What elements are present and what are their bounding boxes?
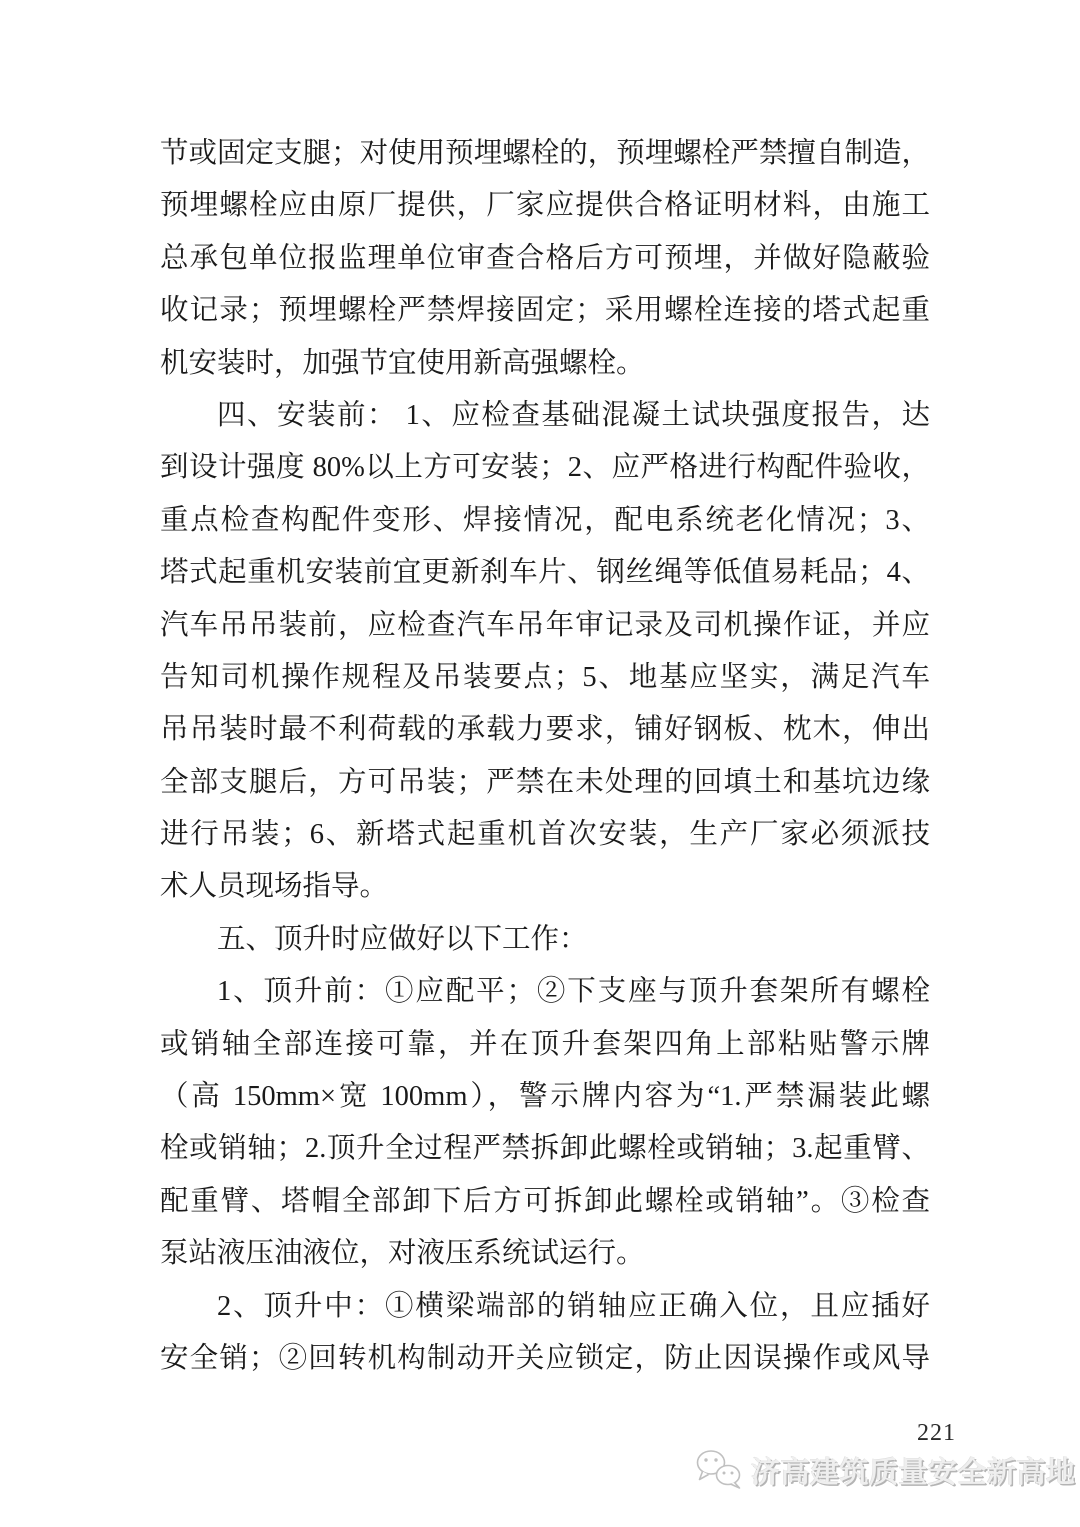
text-line: 汽车吊吊装前，应检查汽车吊年审记录及司机操作证，并应 <box>160 600 930 652</box>
document-page: 节或固定支腿；对使用预埋螺栓的，预埋螺栓严禁擅自制造，预埋螺栓应由原厂提供，厂家… <box>0 0 1080 1527</box>
watermark-text: 济高建筑质量安全新高地 <box>751 1450 1076 1491</box>
text-line: 或销轴全部连接可靠，并在顶升套架四角上部粘贴警示牌 <box>160 1019 930 1071</box>
text-line: 四、安装前： 1、应检查基础混凝土试块强度报告，达 <box>160 390 930 442</box>
text-line: 收记录；预埋螺栓严禁焊接固定；采用螺栓连接的塔式起重 <box>160 285 930 337</box>
text-line: 进行吊装；6、新塔式起重机首次安装，生产厂家必须派技 <box>160 809 930 861</box>
text-line: 塔式起重机安装前宜更新刹车片、钢丝绳等低值易耗品；4、 <box>160 547 930 599</box>
text-line: 到设计强度 80%以上方可安装；2、应严格进行构配件验收， <box>160 442 930 494</box>
text-line: 总承包单位报监理单位审查合格后方可预埋，并做好隐蔽验 <box>160 233 930 285</box>
text-line: 配重臂、塔帽全部卸下后方可拆卸此螺栓或销轴”。③检查 <box>160 1176 930 1228</box>
text-line: 机安装时，加强节宜使用新高强螺栓。 <box>160 338 930 390</box>
text-line: 全部支腿后，方可吊装；严禁在未处理的回填土和基坑边缘 <box>160 757 930 809</box>
page-number: 221 <box>917 1420 956 1447</box>
text-line: 告知司机操作规程及吊装要点；5、地基应坚实，满足汽车 <box>160 652 930 704</box>
text-line: 泵站液压油液位，对液压系统试运行。 <box>160 1228 930 1280</box>
document-body: 节或固定支腿；对使用预埋螺栓的，预埋螺栓严禁擅自制造，预埋螺栓应由原厂提供，厂家… <box>160 128 930 1385</box>
watermark: 济高建筑质量安全新高地 <box>694 1448 1076 1492</box>
text-line: 术人员现场指导。 <box>160 861 930 913</box>
text-line: 栓或销轴；2.顶升全过程严禁拆卸此螺栓或销轴；3.起重臂、 <box>160 1123 930 1175</box>
text-line: 1、顶升前：①应配平；②下支座与顶升套架所有螺栓 <box>160 966 930 1018</box>
text-line: 节或固定支腿；对使用预埋螺栓的，预埋螺栓严禁擅自制造， <box>160 128 930 180</box>
text-line: 预埋螺栓应由原厂提供，厂家应提供合格证明材料，由施工 <box>160 180 930 232</box>
wechat-logo-icon <box>694 1448 746 1492</box>
text-line: 2、顶升中：①横梁端部的销轴应正确入位，且应插好 <box>160 1281 930 1333</box>
text-line: （高 150mm×宽 100mm），警示牌内容为“1.严禁漏装此螺 <box>160 1071 930 1123</box>
text-line: 五、顶升时应做好以下工作： <box>160 914 930 966</box>
text-line: 安全销；②回转机构制动开关应锁定，防止因误操作或风导 <box>160 1333 930 1385</box>
text-line: 重点检查构配件变形、焊接情况，配电系统老化情况；3、 <box>160 495 930 547</box>
text-line: 吊吊装时最不利荷载的承载力要求，铺好钢板、枕木，伸出 <box>160 704 930 756</box>
